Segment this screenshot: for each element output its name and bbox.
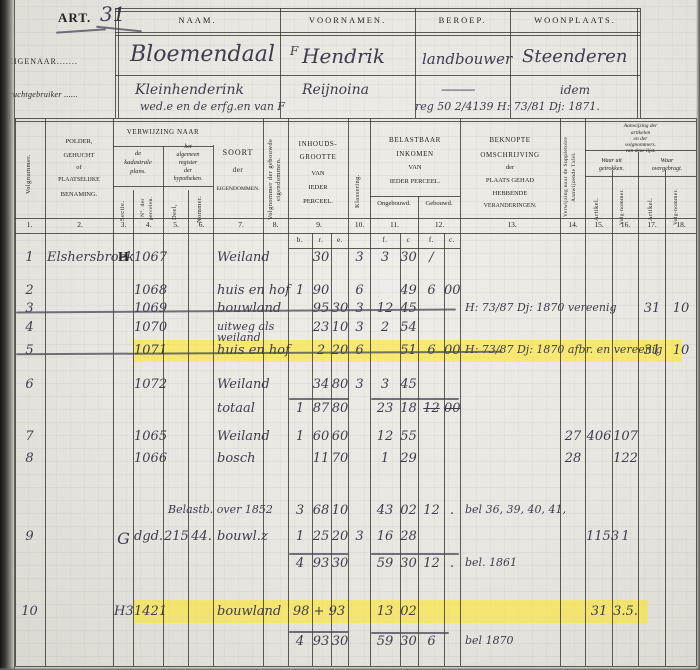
pen-line [371,553,459,555]
grid-line [585,176,696,177]
cell-perceel: 1071 [134,343,163,358]
grid-line [640,8,641,118]
cell-ellen: 10 [331,503,349,518]
cell-gebouwd-f: / [419,250,444,265]
cell-ellen: 30 [331,301,349,316]
cell-ellen: 30 [331,634,349,649]
cell-soort: bosch [217,451,265,466]
label-vruchtgebruiker: Vruchtgebruiker ...... [5,90,78,99]
cell-perceel: 1069 [134,301,163,316]
table-row: 2 1068 huis en hof 1 90 6 49 6 00 [0,283,700,303]
unit-el: e. [331,236,349,244]
col-polder-3: of [45,164,113,171]
colnum-4: 4. [134,220,163,229]
table-row: 6 1072 Weiland 34 80 3 3 45 [0,377,700,397]
cell-ellen: 20 [331,529,349,544]
group-hypotheken-3: register [163,160,213,166]
cell-roeden: 34 [311,377,331,392]
cell-bunder: 1 [289,401,311,416]
cell-klassering: 3 [349,320,370,335]
cell-volgnommer-uit: 122 [613,451,638,466]
grid-line [15,233,696,234]
cell-bunder: 1 [289,529,311,544]
cell-perceel: 1067 [134,250,163,265]
cell-nommer: 44. [189,529,214,544]
unit-roede: r. [311,236,331,244]
cell-roeden: 87 [311,401,331,416]
grid-line [115,11,640,12]
cell-ongebouwd-f: 12 [371,301,399,316]
col-polder-4: PLAATSELIJKE [45,177,113,183]
col-polder-5: BENAMING. [45,191,113,198]
col-soort-1: SOORT [213,148,263,157]
colnum-14: 14. [561,220,585,229]
colnum-9: 9. [289,220,349,229]
table-row-som: 4 93 30 59 30 12 . bel. 1861 [0,556,700,576]
grid-line [115,75,640,76]
colnum-13: 13. [465,220,559,229]
cell-ongebouwd-c: 02 [399,604,418,619]
col-suppletoir: Verwijzing naar de Suppletoire Aanwijzen… [562,124,583,230]
colnum-10: 10. [349,220,370,229]
cell-gebouwd-c: 00 [444,283,460,298]
eigenaar-beroep: landbouwer [422,50,512,68]
cell-ellen: 80 [331,377,349,392]
cell-ongebouwd-c: 28 [399,529,418,544]
cell-klassering: 3 [349,377,370,392]
colnum-2: 2. [47,220,113,229]
colnum-17: 17. [639,220,665,229]
cell-soort: bouwl.z [217,529,265,544]
cell-ongebouwd-c: 30 [399,250,418,265]
group-hypotheken-2: algemeen [163,152,213,158]
cell-volgnummer: 3 [16,301,43,316]
cell-deel: 215 [164,529,188,544]
eigenaar-naam: Bloemendaal [130,42,275,67]
col-omschrijving-2: OMSCHRIJVING [460,151,560,159]
table-row: 3 1069 bouwland 95 30 3 12 45 H: 73/87 D… [0,301,700,321]
cell-volgnummer: 9 [16,529,43,544]
cell-omschrijving: bel 1870 [465,634,559,647]
cell-roeden: 11 [311,451,331,466]
cell-roeden: 30 [311,250,331,265]
cell-gebouwd-f: 6 [419,343,444,358]
grid-line [115,35,640,36]
pen-line [56,28,106,33]
group-waarover-2: overgebragt. [638,166,696,172]
col-gebouwd: Gebouwd. [418,200,460,207]
cell-perceel: 1065 [134,429,163,444]
cell-volgnummer: 7 [16,429,43,444]
group-kadastrale-3: plans. [113,168,163,175]
cell-benaming: Elshersbroek [47,250,113,265]
cell-artikel-over: 31 [639,301,665,316]
group-belastbaar-2: INKOMEN [370,150,460,158]
cell-ongebouwd-c: 51 [399,343,418,358]
cell-gebouwd-c: . [444,556,460,571]
owner-col-beroep: BEROEP. [415,15,510,25]
col-omschrijving-3: der [460,164,560,171]
colnum-18: 18. [666,220,696,229]
pen-line [289,553,349,555]
cell-perceel: 1066 [134,451,163,466]
cell-sectie: H3 [114,604,133,619]
cell-ongebouwd-c: 45 [399,301,418,316]
table-row: 4 1070 uitweg als weiland 23 10 3 2 54 [0,320,700,340]
cell-soort: Weiland [217,377,265,392]
cell-ongebouwd-c: 49 [399,283,418,298]
cell-roeden: 23 [311,320,331,335]
pen-line [289,631,349,633]
cell-ongebouwd-c: 54 [399,320,418,335]
table-row: 9 G dgd. 215 44. bouwl.z 1 25 20 3 16 28… [0,529,700,549]
table-row-belastbaar: Belastb. over 1852 3 68 10 43 02 12 . be… [0,503,700,523]
vruchtgebruiker-registration: reg 50 2/4139 H: 73/81 Dj: 1871. [415,100,600,113]
cell-ongebouwd-f: 59 [371,634,399,649]
cell-ongebouwd-f: 2 [371,320,399,335]
table-row: 1 Elshersbroek H 1067 Weiland 30 3 3 30 … [0,250,700,270]
table-row: 8 1066 bosch 11 70 1 29 28 122 [0,451,700,471]
article-label: ART. [58,10,91,26]
cell-artikel-uit: 406 [586,429,612,444]
cell-roeden: 60 [311,429,331,444]
cell-volgnommer-uit: 107 [613,429,638,444]
cell-gebouwd-f: 6 [419,634,444,649]
unit-ongebouwd-c: c [399,236,418,244]
group-waaruit-1: Waar uit [585,158,638,164]
colnum-5: 5. [164,220,188,229]
cell-bunder: 4 [289,634,311,649]
grid-line [15,121,696,122]
cell-ongebouwd-f: 13 [371,604,399,619]
scan-edge-left [0,0,15,670]
owner-col-woonplaats: WOONPLAATS. [510,15,640,25]
cell-volgnummer: 8 [16,451,43,466]
cell-ongebouwd-f: 16 [371,529,399,544]
grid-line [15,118,696,119]
cell-label: Belastb. over 1852 [168,503,298,516]
group-waarover-1: Waar [638,158,696,164]
cell-perceel: dgd. [134,529,163,544]
cell-artikel-uit: 1153 [586,529,612,544]
cell-grootte: 98 + 93 [289,604,349,619]
cell-ellen: 30 [331,556,349,571]
cell-roeden: 90 [311,283,331,298]
cell-sectie: H [114,250,133,266]
cell-omschrijving: bel 36, 39, 40, 41, [465,503,559,516]
unit-ongebouwd-f: f. [371,236,399,244]
col-inhoud-4: IEDER [288,184,348,191]
eigenaar-woonplaats: Steenderen [522,46,628,67]
cell-roeden: 25 [311,529,331,544]
cell-perceel: 1068 [134,283,163,298]
group-belastbaar-4: IEDER PERCEEL. [370,178,460,185]
cell-perceel: 1421 [134,604,163,619]
cell-ongebouwd-f: 12 [371,429,399,444]
cell-volgnummer: 4 [16,320,43,335]
group-belastbaar-3: VAN [370,164,460,171]
cell-bunder: 3 [289,503,311,518]
cell-soort: totaal [217,401,265,416]
cell-artikel-uit: 31 [586,604,612,619]
cell-soort: huis en hof [217,283,265,298]
cell-ongebouwd-f: 3 [371,250,399,265]
cell-soort: Weiland [217,429,265,444]
col-volgnummer: Volgnummer. [25,128,35,220]
col-inhoud-2: GROOTTE [288,153,348,161]
colnum-7: 7. [217,220,265,229]
grid-line [113,186,213,187]
cell-bunder: 4 [289,556,311,571]
unit-gebouwd-c: c. [444,236,460,244]
cell-klassering: 3 [349,250,370,265]
cell-roeden: 93 [311,634,331,649]
pen-line [96,26,142,32]
cell-gebouwd-c: . [444,503,460,518]
table-row: 10 H3 1421 bouwland 98 + 93 13 02 31 3.5… [0,604,700,624]
col-omschrijving-1: BEKNOPTE [460,136,560,144]
cell-roeden: 68 [311,503,331,518]
grid-line [289,248,460,249]
cell-ellen: 20 [331,343,349,358]
cell-gebouwd-c: 00 [444,401,460,416]
cell-volgnummer: 5 [16,343,43,358]
cell-ongebouwd-f: 1 [371,451,399,466]
colnum-11: 11. [371,220,418,229]
cell-klassering: 3 [349,529,370,544]
group-kadastrale-1: de [113,150,163,157]
cell-soort: bouwland [217,604,265,619]
vruchtgebruiker-naam: Kleinhenderink [135,82,244,98]
owner-col-voornamen: VOORNAMEN. [280,15,415,25]
group-aanwijzing-1: Aanwijzing der [585,123,696,129]
cell-ongebouwd-c: 45 [399,377,418,392]
grid-line [115,32,640,33]
cell-gebouwd-f: 12 [419,556,444,571]
cell-suppletoir: 27 [561,429,585,444]
cell-soort: huis en hof [217,343,265,358]
cell-sectie: G [114,529,133,548]
table-row: 5 1071 huis en hof 2 20 6 51 6 00 H: 73/… [0,343,700,363]
grid-line [370,196,460,197]
group-hypotheken-4: der [163,168,213,174]
cell-ongebouwd-c: 02 [399,503,418,518]
eigenaar-voornamen: Hendrik [302,44,385,68]
eigenaar-voornamen-prefix: F [290,44,298,58]
cell-omschrijving: bel. 1861 [465,556,559,569]
scan-edge-right [696,0,700,670]
col-polder-1: POLDER, [45,138,113,145]
cell-suppletoir: 28 [561,451,585,466]
vruchtgebruiker-beroep-mark: — [440,82,476,98]
group-hypotheken-1: het [163,144,213,150]
cell-klassering: 6 [349,283,370,298]
cell-artikel-over: 31 [639,343,665,358]
col-inhoud-1: INHOUDS- [288,140,348,148]
table-row-totaal: totaal 1 87 80 23 18 12 00 [0,401,700,421]
cell-bunder: 1 [289,283,311,298]
cell-ongebouwd-f: 3 [371,377,399,392]
group-hypotheken-5: hypotheken. [163,176,213,182]
table-row: 7 1065 Weiland 1 60 60 12 55 27 406 107 [0,429,700,449]
cell-ongebouwd-c: 29 [399,451,418,466]
cell-ongebouwd-c: 30 [399,556,418,571]
vruchtgebruiker-voornamen: Reijnoina [302,82,369,98]
col-omschrijving-4: PLAATS GEHAD [460,177,560,184]
unit-bunder: b. [289,236,311,244]
cell-ongebouwd-f: 23 [371,401,399,416]
col-soort-3: EIGENDOMMEN. [213,186,263,192]
cell-soort: bouwland [217,301,265,316]
cell-volgnummer: 6 [16,377,43,392]
ledger-page: ART. 31 NAAM. VOORNAMEN. BEROEP. WOONPLA… [0,0,700,670]
group-waaruit-2: getrokken. [585,166,638,172]
cell-gebouwd-f: 6 [419,283,444,298]
cell-ongebouwd-c: 18 [399,401,418,416]
colnum-1: 1. [16,220,43,229]
col-soort-2: der [213,166,263,174]
col-polder-2: GEHUCHT [45,152,113,159]
colnum-8: 8. [263,220,288,229]
colnum-16: 16. [613,220,638,229]
cell-ellen: 80 [331,401,349,416]
cell-klassering: 3 [349,301,370,316]
cell-soort: Weiland [217,250,265,265]
col-ongebouwd: Ongebouwd. [370,200,418,207]
cell-roeden: 95 [311,301,331,316]
cell-omschrijving: H: 73/87 Dj: 1870 afbr. en vereenig [465,343,559,356]
cell-volgnommer-uit: 1 [613,529,638,544]
cell-perceel: 1072 [134,377,163,392]
colnum-3: 3. [114,220,133,229]
owner-col-naam: NAAM. [115,15,280,25]
col-klassering: Klassering. [354,152,364,230]
cell-ongebouwd-f: 59 [371,556,399,571]
vruchtgebruiker-naam-line2: wed.e en de erfg.en van F [140,100,285,113]
cell-ongebouwd-f: 43 [371,503,399,518]
grid-line [115,8,640,9]
group-kadastrale-2: kadastrale [113,159,163,166]
vruchtgebruiker-woonplaats: idem [560,83,590,97]
cell-bunder: 1 [289,429,311,444]
cell-ellen: 60 [331,429,349,444]
cell-volgnummer: 1 [16,250,43,265]
cell-volgnommer-over: 10 [666,301,696,316]
cell-gebouwd-f: 12 [419,503,444,518]
table-row-som: 4 93 30 59 30 6 bel 1870 [0,634,700,654]
pen-line [289,398,349,400]
cell-ongebouwd-c: 30 [399,634,418,649]
cell-gebouwd-c: 00 [444,343,460,358]
group-verwijzing-naar: VERWIJZING NAAR [113,128,213,136]
cell-roeden: 93 [311,556,331,571]
cell-klassering: 6 [349,343,370,358]
cell-gebouwd-f: 12 [419,401,444,416]
cell-volgnommer-over: 10 [666,343,696,358]
group-aanwijzing-5: van deze lijst. [585,148,696,154]
unit-gebouwd-f: f. [419,236,444,244]
cell-volgnummer: 2 [16,283,43,298]
col-omschrijving-5: HEBBENDE [460,190,560,197]
cell-perceel: 1070 [134,320,163,335]
cell-roeden: 2 [311,343,331,358]
col-omschrijving-6: VERANDERINGEN. [460,203,560,209]
cell-volgnummer: 10 [16,604,43,619]
cell-ellen: 10 [331,320,349,335]
cell-volgnommer-uit: 3.5. [613,604,638,619]
colnum-6: 6. [189,220,214,229]
pen-line [371,398,459,400]
col-inhoud-5: PERCEEL. [288,198,348,205]
label-eigenaar: EIGENAAR....... [8,57,78,66]
cell-ongebouwd-c: 55 [399,429,418,444]
group-belastbaar-1: BELASTBAAR [370,136,460,144]
col-inhoud-3: VAN [288,170,348,177]
colnum-15: 15. [586,220,612,229]
colnum-12: 12. [419,220,460,229]
cell-ellen: 70 [331,451,349,466]
col-volgnommer-gebouwd: Volgnommer der gebouwde eigendommen. [267,128,284,230]
cell-omschrijving: H: 73/87 Dj: 1870 vereenig [465,301,559,314]
